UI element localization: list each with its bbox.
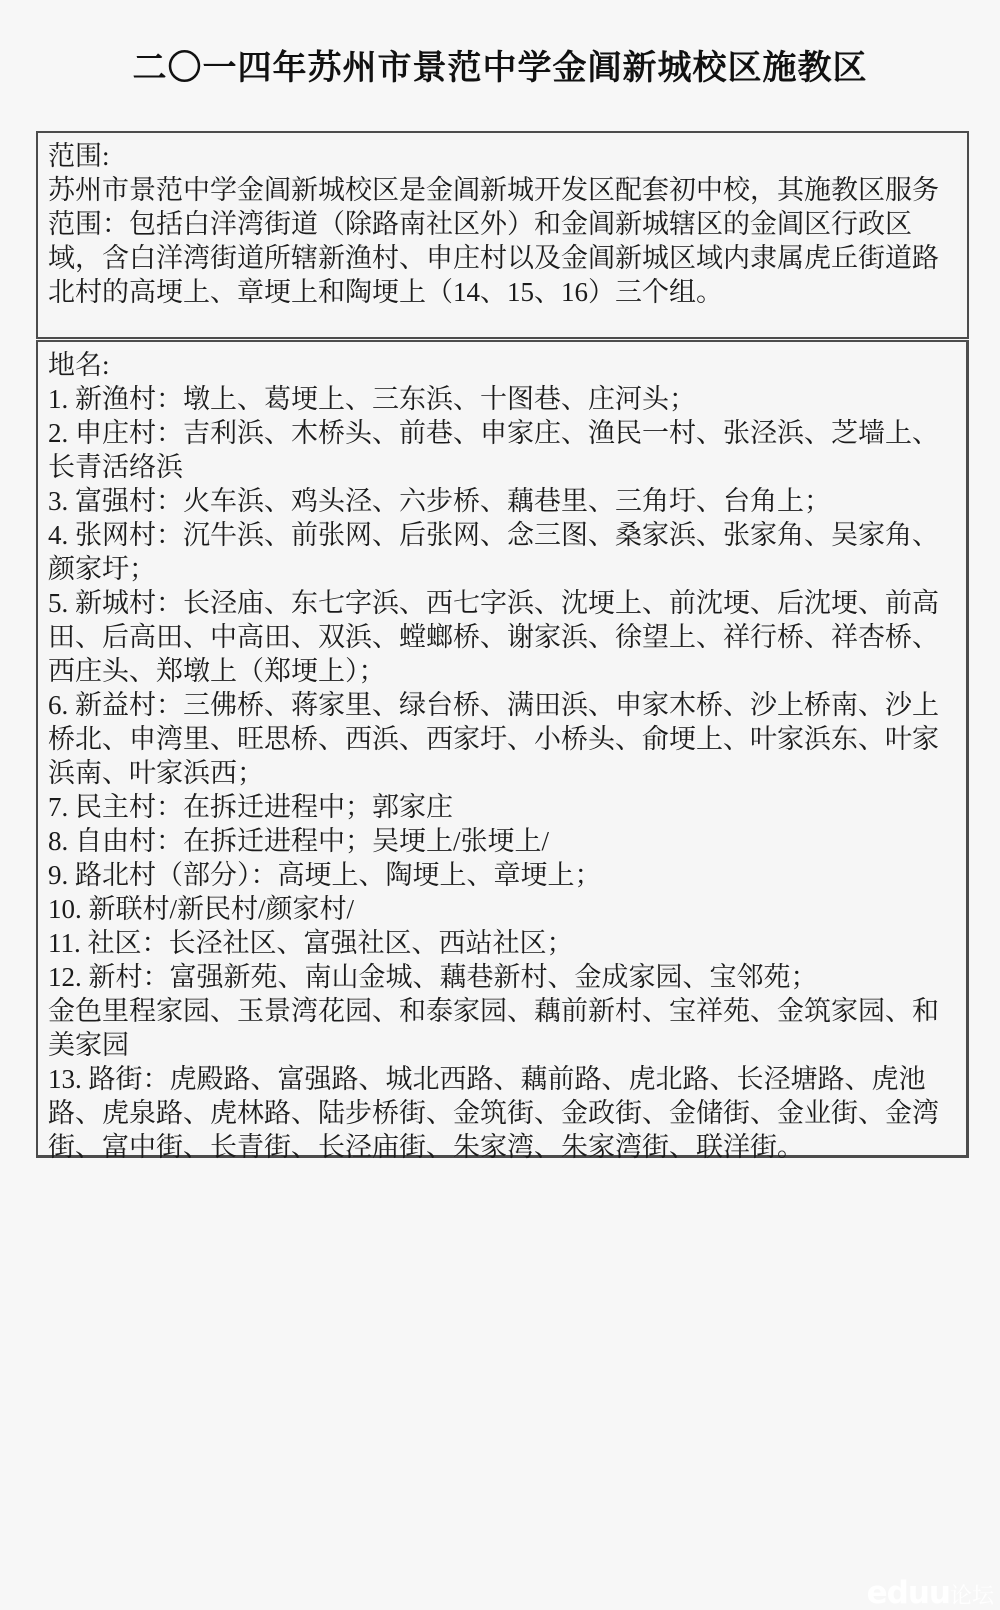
list-item: 4. 张网村：沉牛浜、前张网、后张网、念三图、桑家浜、张家角、吴家角、颜家圩； (48, 518, 952, 586)
scope-section: 范围: 苏州市景范中学金阊新城校区是金阊新城开发区配套初中校，其施教区服务范围：… (36, 131, 969, 339)
list-item: 3. 富强村：火车浜、鸡头泾、六步桥、藕巷里、三角圩、台角上； (48, 484, 952, 518)
list-item: 12. 新村：富强新苑、南山金城、藕巷新村、金成家园、宝邻苑； (48, 960, 952, 994)
list-item: 6. 新益村：三佛桥、蒋家里、绿台桥、满田浜、申家木桥、沙上桥南、沙上桥北、申湾… (48, 688, 952, 790)
watermark-brand: eduu (867, 1575, 950, 1610)
list-item: 2. 申庄村：吉利浜、木桥头、前巷、申家庄、渔民一村、张泾浜、芝墙上、长青活络浜 (48, 416, 952, 484)
watermark-suffix: 论坛 (950, 1584, 994, 1609)
list-item: 9. 路北村（部分）：高埂上、陶埂上、章埂上； (48, 858, 952, 892)
list-item: 11. 社区：长泾社区、富强社区、西站社区； (48, 926, 952, 960)
list-item: 1. 新渔村：墩上、葛埂上、三东浜、十图巷、庄河头； (48, 382, 952, 416)
places-section: 地名: 1. 新渔村：墩上、葛埂上、三东浜、十图巷、庄河头； 2. 申庄村：吉利… (36, 340, 969, 1158)
list-item: 13. 路街：虎殿路、富强路、城北西路、藕前路、虎北路、长泾塘路、虎池路、虎泉路… (48, 1062, 952, 1164)
page-title: 二〇一四年苏州市景范中学金阊新城校区施教区 (0, 0, 1000, 89)
list-item: 8. 自由村：在拆迁进程中；吴埂上/张埂上/ (48, 824, 952, 858)
scope-label: 范围: (48, 139, 953, 173)
watermark: eduu论坛 (867, 1578, 994, 1609)
places-label: 地名: (48, 348, 952, 382)
list-item: 5. 新城村：长泾庙、东七字浜、西七字浜、沈埂上、前沈埂、后沈埂、前高田、后高田… (48, 586, 952, 688)
list-item-continuation: 金色里程家园、玉景湾花园、和泰家园、藕前新村、宝祥苑、金筑家园、和美家园 (48, 994, 952, 1062)
list-item: 7. 民主村：在拆迁进程中；郭家庄 (48, 790, 952, 824)
scope-paragraph: 苏州市景范中学金阊新城校区是金阊新城开发区配套初中校，其施教区服务范围：包括白洋… (48, 173, 953, 309)
list-item: 10. 新联村/新民村/颜家村/ (48, 892, 952, 926)
